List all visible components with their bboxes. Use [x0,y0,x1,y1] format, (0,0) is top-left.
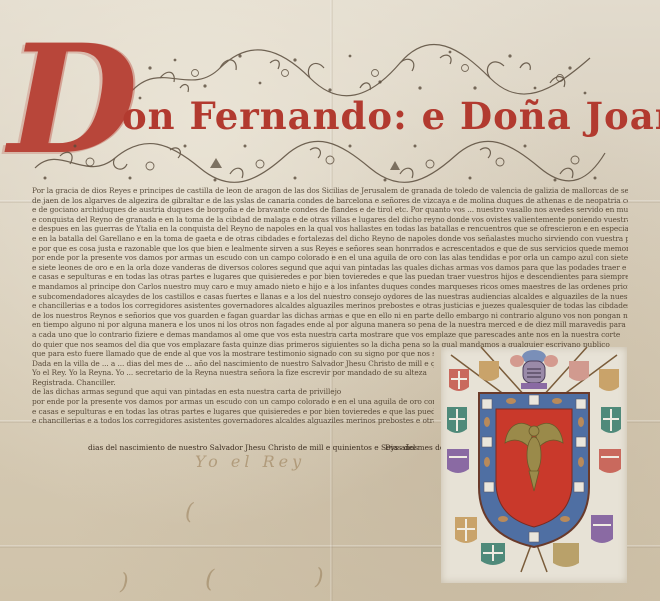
text-line: por ende por la presente vos damos por a… [32,253,628,263]
text-line: de los nuestros Reynos e señorios que vo… [32,311,628,321]
text-line: e en la batalla del Garellano e en la to… [32,234,628,244]
text-line: Yo el Rey. Yo la Reyna. Yo ... secretari… [32,368,434,378]
parchment-document: D on Fernando: e Doña Joana [0,0,660,601]
text-line: por ende por la presente vos damos por a… [32,397,434,407]
coat-of-arms-panel [441,347,627,583]
text-line: Por la gracia de dios Reyes e principes … [32,186,628,196]
text-line: e casas e sepulturas e en todas las otra… [32,272,628,282]
text-line: de jaen de los algarves de algezira de g… [32,196,628,206]
faded-marginalia: ) [315,565,324,590]
text-line: en tiempo alguno ni por alguna manera e … [32,320,628,330]
text-line: a cada uno que lo contrario fiziere e de… [32,330,628,340]
document-heading: on Fernando: e Doña Joana [122,92,612,140]
text-line: e por que es cosa justa e razonable que … [32,244,628,254]
text-line: e siete leones de oro e en la orla doze … [32,263,628,273]
royal-signature: Yo el Rey [195,452,305,471]
text-line: e subcomendadores alcaydes de los castil… [32,292,628,302]
text-line: e casas e sepulturas e en todas las otra… [32,407,434,417]
coat-of-arms-illustration [441,347,627,583]
text-line: e chancillerias e a todos los corregidor… [32,416,434,426]
faded-marginalia: ( [205,565,214,593]
faded-marginalia: ( [185,500,194,525]
text-line: que para esto fuere llamado que de ende … [32,349,434,359]
text-line: e de gociano archiduques de austria duqu… [32,205,628,215]
vine-border-bottom [30,138,610,186]
helmet-crest [510,350,558,389]
text-line: e conquista del Reyno de granada e en la… [32,215,628,225]
dating-clause-right: Dias del mes de [385,443,444,452]
text-line: e despues en las guerras de Ytalia en la… [32,224,628,234]
text-line: Dada en la villa de ... a ... dias del m… [32,359,434,369]
text-line: de las dichas armas segund que aqui van … [32,387,434,397]
text-line: e mandamos al principe don Carlos nuestr… [32,282,628,292]
text-line: Registrada. Chanciller. [32,378,434,388]
text-line: e chancillerias e a todos los corregidor… [32,301,628,311]
heraldic-shield [479,393,589,547]
faded-marginalia: ) [120,570,129,595]
dating-clause: dias del nascimiento de nuestro Salvador… [88,443,418,452]
